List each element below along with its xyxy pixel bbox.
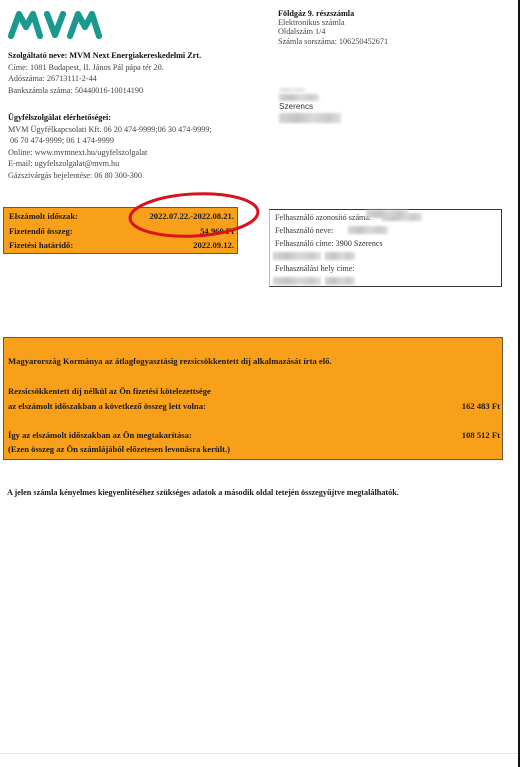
summary-amount-label: Fizetendő összeg:: [9, 226, 73, 238]
subsidy-savings-note: (Ezen összeg az Ön számlájából előzetese…: [8, 444, 230, 454]
redacted-customer-street-2: [325, 252, 355, 260]
mvm-logo-icon: [7, 7, 103, 41]
invoice-number: Számla sorszáma: 106250452671: [278, 37, 388, 46]
summary-period-value: 2022.07.22.-2022.08.21.: [149, 211, 234, 223]
redacted-recipient-street: [279, 113, 341, 123]
invoice-page: Oldalszám 1/4: [278, 27, 388, 36]
provider-bank-account: Bankszámla száma: 50440016-10014190: [8, 85, 201, 97]
subsidy-without-line1: Rezsicsökkentett díj nélkül az Ön fizeté…: [8, 386, 211, 396]
mvm-logo: [7, 7, 103, 41]
redacted-recipient-line: [279, 88, 305, 92]
page-bottom-divider: [0, 753, 518, 754]
utility-subsidy-box: Magyarország Kormánya az átlagfogyasztás…: [3, 337, 503, 460]
provider-address: Címe: 1081 Budapest, II. János Pál pápa …: [8, 62, 201, 74]
contacts-phones-1: MVM Ügyfélkapcsolati Kft. 06 20 474-9999…: [8, 124, 212, 136]
invoice-type: Elektronikus számla: [278, 18, 388, 27]
redacted-recipient-name: [279, 94, 319, 101]
redacted-site-address: [366, 210, 408, 218]
subsidy-intro: Magyarország Kormánya az átlagfogyasztás…: [8, 356, 332, 366]
subsidy-savings-amount: 108 512 Ft: [462, 430, 500, 440]
provider-name: Szolgáltató neve: MVM Next Energiakeresk…: [8, 50, 201, 62]
customer-name-label: Felhasználó neve:: [275, 226, 333, 235]
redacted-site-street-2: [325, 277, 355, 285]
contacts-gas-leak: Gázszivárgás bejelentése: 06 80 300-300: [8, 170, 212, 182]
recipient-city: Szerencs: [279, 102, 313, 111]
customer-id: Felhasználó azonosító száma:: [275, 213, 371, 222]
customer-id-label: Felhasználó azonosító száma:: [275, 213, 371, 222]
customer-service-contacts: Ügyfélszolgálat elérhetőségei: MVM Ügyfé…: [8, 112, 212, 182]
provider-tax-number: Adószáma: 26713111-2-44: [8, 73, 201, 85]
redacted-customer-name: [348, 226, 388, 234]
contacts-online: Online: www.mvmnext.hu/ugyfelszolgalat: [8, 147, 212, 159]
page-edge: [518, 0, 520, 767]
customer-name: Felhasználó neve:: [275, 226, 333, 235]
provider-info: Szolgáltató neve: MVM Next Energiakeresk…: [8, 50, 201, 96]
payment-summary-box: Elszámolt időszak: 2022.07.22.-2022.08.2…: [3, 207, 238, 254]
subsidy-without-line2: az elszámolt időszakban a következő össz…: [8, 401, 206, 411]
invoice-title: Földgáz 9. részszámla: [278, 9, 388, 18]
summary-row-due-date: Fizetési határidő: 2022.09.12.: [9, 240, 234, 252]
invoice-header: Földgáz 9. részszámla Elektronikus száml…: [278, 9, 388, 46]
contacts-phones-2: 06 70 474-9999; 06 1 474-9999: [8, 135, 212, 147]
contacts-heading: Ügyfélszolgálat elérhetőségei:: [8, 112, 212, 124]
summary-amount-value: 54 960 Ft: [200, 226, 234, 238]
contacts-email: E-mail: ugyfelszolgalat@mvm.hu: [8, 158, 212, 170]
redacted-customer-street: [273, 252, 321, 260]
consumption-site-label: Felhasználási hely címe:: [275, 264, 355, 273]
summary-due-value: 2022.09.12.: [193, 240, 234, 252]
payment-info-note: A jelen számla kényelmes kiegyenlítéséhe…: [7, 488, 399, 497]
summary-due-label: Fizetési határidő:: [9, 240, 73, 252]
consumption-site: Felhasználási hely címe:: [275, 264, 355, 273]
redacted-site-street: [273, 277, 321, 285]
customer-info-box: Felhasználó azonosító száma: Felhasználó…: [269, 209, 502, 287]
subsidy-without-amount: 162 483 Ft: [462, 401, 500, 411]
summary-row-amount: Fizetendő összeg: 54 960 Ft: [9, 226, 234, 238]
summary-row-period: Elszámolt időszak: 2022.07.22.-2022.08.2…: [9, 211, 234, 223]
subsidy-savings-line: Így az elszámolt időszakban az Ön megtak…: [8, 430, 192, 440]
summary-period-label: Elszámolt időszak:: [9, 211, 78, 223]
customer-address: Felhasználó címe: 3900 Szerencs: [275, 239, 383, 248]
